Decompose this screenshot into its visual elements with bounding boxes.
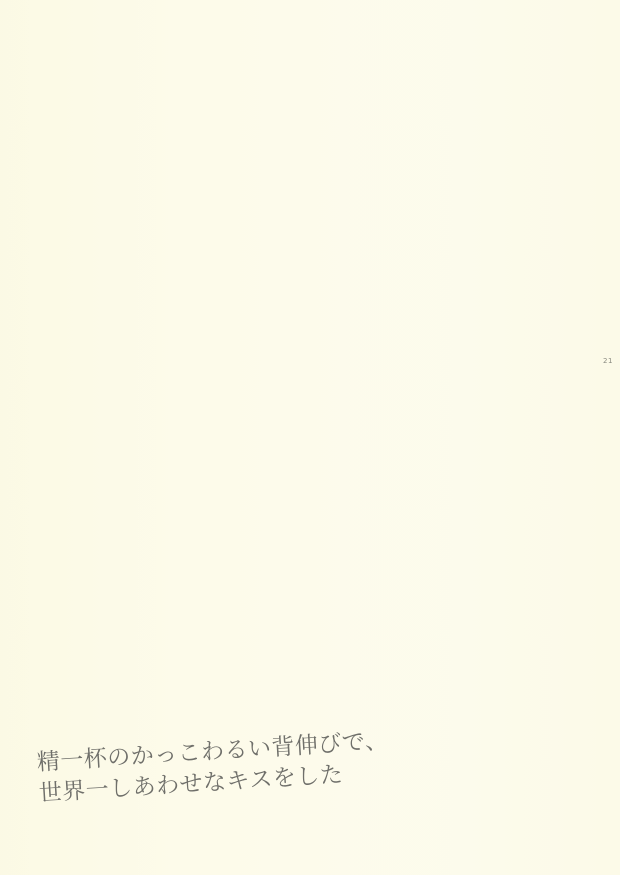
- book-page: 21 精一杯のかっこわるい背伸びで、 世界一しあわせなキスをした: [0, 0, 620, 875]
- caption-text-block: 精一杯のかっこわるい背伸びで、 世界一しあわせなキスをした: [36, 726, 391, 810]
- page-number: 21: [603, 357, 613, 365]
